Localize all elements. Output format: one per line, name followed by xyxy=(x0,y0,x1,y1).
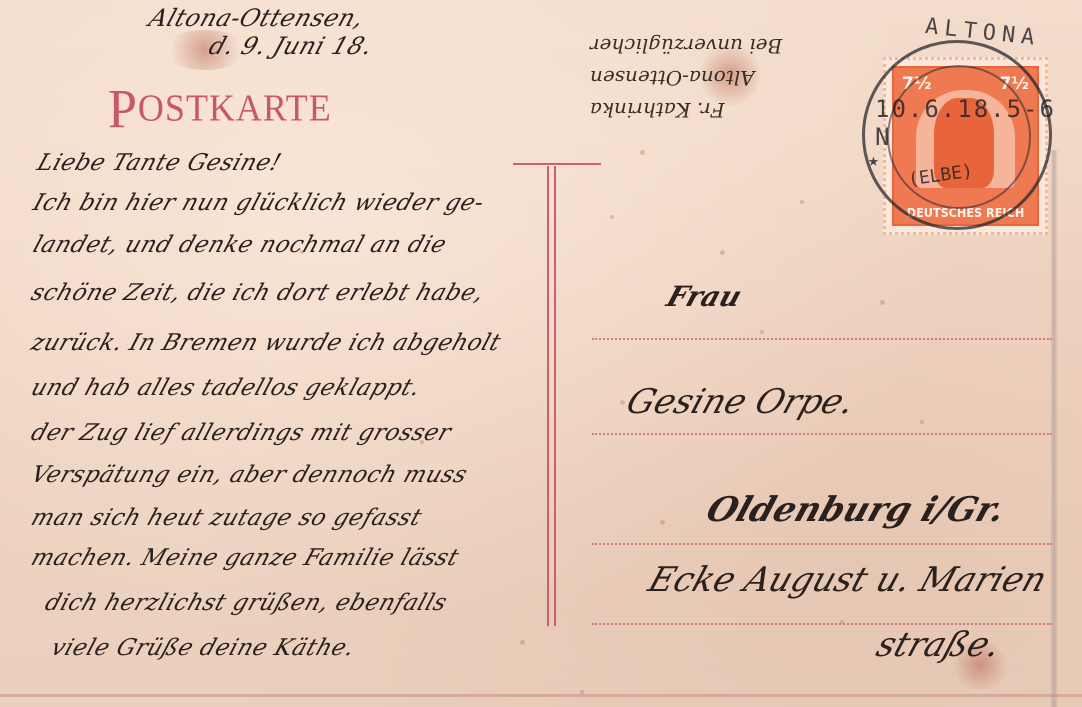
sender-place: Altona-Ottensen, xyxy=(145,4,367,32)
message-line: schöne Zeit, die ich dort erlebt habe, xyxy=(28,280,488,306)
postmark-date: 10.6.18.5-6 N xyxy=(875,95,1082,151)
message-line: Verspätung ein, aber dennoch muss xyxy=(28,462,471,488)
foxing-spot xyxy=(760,330,764,334)
message-line: Ich bin hier nun glücklich wieder ge- xyxy=(30,190,488,216)
address-line xyxy=(592,433,1052,435)
address-city: Oldenburg i/Gr. xyxy=(702,490,1011,530)
upside-note-line: Altona-Ottensen xyxy=(590,62,840,94)
foxing-spot xyxy=(920,420,924,424)
message-line: man sich heut zutage so gefasst xyxy=(28,505,425,531)
upside-down-note: Fr. Kathrinka Altona-Ottensen Bei unverz… xyxy=(590,30,840,126)
message-line: und hab alles tadellos geklappt. xyxy=(28,375,424,401)
sender-date: d. 9. Juni 18. xyxy=(205,32,376,60)
address-name: Gesine Orpe. xyxy=(622,382,860,422)
address-line xyxy=(592,338,1052,340)
address-street: Ecke August u. Marien xyxy=(644,560,1052,600)
foxing-spot xyxy=(520,640,525,645)
message-line: der Zug lief allerdings mit grosser xyxy=(28,420,455,446)
postkarte-title: POSTKARTE xyxy=(108,79,332,141)
message-line: Liebe Tante Gesine! xyxy=(34,150,285,176)
foxing-spot xyxy=(880,300,885,305)
foxing-spot xyxy=(800,200,804,204)
foxing-spot xyxy=(610,215,614,219)
message-signature-line: viele Grüße deine Käthe. xyxy=(48,635,358,661)
card-edge xyxy=(0,694,1082,697)
message-line: machen. Meine ganze Familie lässt xyxy=(28,545,463,571)
upside-note-line: Bei unverzüglicher xyxy=(590,30,840,62)
message-line: landet, und denke nochmal an die xyxy=(30,232,450,258)
upside-note-line: Fr. Kathrinka xyxy=(590,94,840,126)
foxing-spot xyxy=(620,400,625,405)
message-line: zurück. In Bremen wurde ich abgeholt xyxy=(28,330,504,356)
postcard-back: Altona-Ottensen, d. 9. Juni 18. POSTKART… xyxy=(0,0,1082,707)
title-rest: OSTKARTE xyxy=(138,87,332,129)
divider-vertical xyxy=(554,166,556,626)
address-street-suffix: straße. xyxy=(872,625,1006,665)
foxing-spot xyxy=(720,250,725,255)
message-line: dich herzlichst grüßen, ebenfalls xyxy=(42,590,451,616)
divider-horizontal xyxy=(513,163,601,165)
address-line xyxy=(592,543,1052,545)
address-salutation: Frau xyxy=(663,280,746,313)
foxing-spot xyxy=(660,520,665,525)
title-initial: P xyxy=(108,80,138,140)
paper-crease xyxy=(1050,150,1058,707)
postmark-star-icon: ★ xyxy=(868,150,879,171)
foxing-spot xyxy=(640,150,645,155)
divider-vertical xyxy=(547,166,549,626)
